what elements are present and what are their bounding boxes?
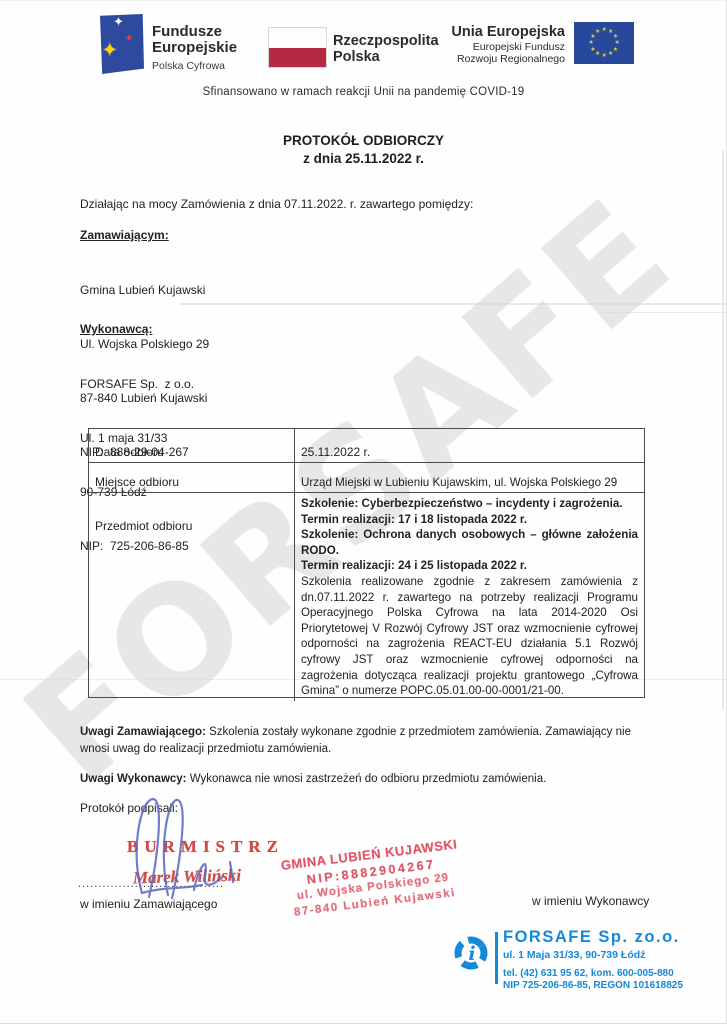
eu-text-line3: Rozwoju Regionalnego xyxy=(430,53,565,65)
fe-text-line3: Polska Cyfrowa xyxy=(152,61,237,72)
eu-text-line1: Unia Europejska xyxy=(430,24,565,41)
fundusze-europejskie-logo-text: Fundusze Europejskie Polska Cyfrowa xyxy=(152,24,237,72)
scan-artifact-line xyxy=(600,312,727,313)
training-2-title: Szkolenie: Ochrona danych osobowych – gł… xyxy=(301,527,638,543)
scan-artifact-edge xyxy=(722,150,724,710)
fundusze-europejskie-flag-icon: ✦ ✦ ✦ xyxy=(100,14,144,74)
training-1-title: Szkolenie: Cyberbezpieczeństwo – incyden… xyxy=(301,496,638,512)
buyer-heading: Zamawiającym: xyxy=(80,228,169,242)
pl-text-line1: Rzeczpospolita xyxy=(333,34,439,50)
table-label-przedmiot-odbioru: Przedmiot odbioru xyxy=(89,492,294,701)
document-title: PROTOKÓŁ ODBIORCZY xyxy=(0,133,727,148)
scope-paragraph: Szkolenia realizowane zgodnie z zakresem… xyxy=(301,574,638,699)
funding-note: Sfinansowano w ramach reakcji Unii na pa… xyxy=(0,86,727,98)
table-value-miejsce-odbioru: Urząd Miejski w Lubieniu Kujawskim, ul. … xyxy=(294,462,644,492)
contractor-heading: Wykonawcą: xyxy=(80,322,152,336)
svg-text:i: i xyxy=(468,943,475,965)
eu-text-line2: Europejski Fundusz xyxy=(430,41,565,53)
intro-line: Działając na mocy Zamówienia z dnia 07.1… xyxy=(80,197,473,211)
table-value-data-odbioru: 25.11.2022 r. xyxy=(294,429,644,462)
training-1-dates: Termin realizacji: 17 i 18 listopada 202… xyxy=(301,512,638,528)
rzeczpospolita-polska-logo-text: Rzeczpospolita Polska xyxy=(333,34,439,66)
forsafe-stamp-nip-regon: NIP 725-206-86-85, REGON 101618825 xyxy=(503,980,683,992)
pl-text-line2: Polska xyxy=(333,50,439,66)
scan-artifact-line xyxy=(180,303,727,305)
forsafe-stamp-phone: tel. (42) 631 95 62, kom. 600-005-880 xyxy=(503,968,683,980)
training-2-title-cont: RODO. xyxy=(301,543,638,559)
forsafe-stamp-address: ul. 1 Maja 31/33, 90-739 Łódź xyxy=(503,949,683,961)
contractor-remarks-label: Uwagi Wykonawcy: xyxy=(80,773,187,785)
table-label-data-odbioru: Data odbioru xyxy=(89,429,294,462)
forsafe-stamp: i FORSAFE Sp. zo.o. ul. 1 Maja 31/33, 90… xyxy=(452,928,683,991)
gmina-stamp: GMINA LUBIEŃ KUJAWSKI NIP:8882904267 ul.… xyxy=(269,834,475,923)
fe-yellow-star-icon: ✦ xyxy=(101,40,119,61)
document-subtitle: z dnia 25.11.2022 r. xyxy=(0,151,727,166)
table-value-przedmiot-odbioru: Szkolenie: Cyberbezpieczeństwo – incyden… xyxy=(294,492,644,701)
forsafe-logo-icon: i xyxy=(452,928,492,974)
unia-europejska-logo-text: Unia Europejska Europejski Fundusz Rozwo… xyxy=(430,24,565,65)
handwritten-signature xyxy=(112,790,267,905)
contractor-remarks: Uwagi Wykonawcy: Wykonawca nie wnosi zas… xyxy=(80,771,656,788)
fe-red-star-icon: ✦ xyxy=(124,32,134,44)
fe-white-star-icon: ✦ xyxy=(113,16,124,29)
contractor-signature-caption: w imieniu Wykonawcy xyxy=(532,894,649,908)
forsafe-stamp-name: FORSAFE Sp. zo.o. xyxy=(503,928,683,947)
buyer-line: Gmina Lubień Kujawski xyxy=(80,281,209,299)
buyer-remarks: Uwagi Zamawiającego: Szkolenia zostały w… xyxy=(80,724,656,758)
fe-text-line1: Fundusze xyxy=(152,24,237,40)
contractor-line: FORSAFE Sp. z o.o. xyxy=(80,375,194,393)
scanned-document-page: FORSAFE ✦ ✦ ✦ Fundusze Europejskie Polsk… xyxy=(0,0,727,1024)
training-2-dates: Termin realizacji: 24 i 25 listopada 202… xyxy=(301,558,638,574)
forsafe-stamp-divider xyxy=(495,932,498,984)
fe-text-line2: Europejskie xyxy=(152,40,237,56)
acceptance-table: Data odbioru 25.11.2022 r. Miejsce odbio… xyxy=(88,428,645,698)
table-label-miejsce-odbioru: Miejsce odbioru xyxy=(89,462,294,492)
contractor-remarks-text: Wykonawca nie wnosi zastrzeżeń do odbior… xyxy=(187,773,547,785)
buyer-remarks-label: Uwagi Zamawiającego: xyxy=(80,726,206,738)
poland-flag-icon xyxy=(268,27,327,68)
eu-flag-icon: ★ ★ ★ ★ ★ ★ ★ ★ ★ ★ ★ ★ xyxy=(574,22,634,64)
